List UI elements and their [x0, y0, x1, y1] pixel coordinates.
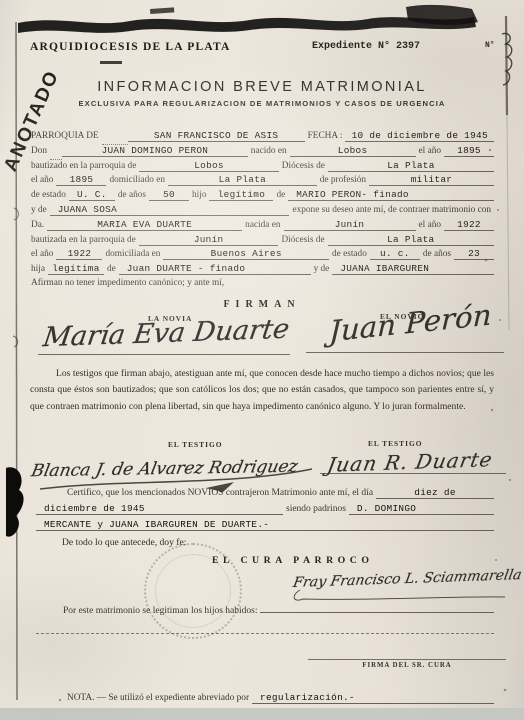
form-row-groom-name: Don JUAN DOMINGO PERON nacido en Lobos e… [28, 145, 494, 160]
bride-status-value: u. c. [370, 248, 420, 260]
certification-line-1: Certifico, que los mencionados NOVIOS co… [36, 487, 494, 499]
number-label: N° [485, 41, 495, 50]
blank-dashed-line [36, 633, 494, 634]
legitimize-blank [260, 612, 494, 613]
form-row-bride-domicile: el año 1922 domiciliada en Buenos Aires … [28, 248, 494, 263]
bride-domicile-value: Buenos Aires [163, 248, 329, 260]
form-row-affirmation: Afirman no tener impedimento canónico; y… [28, 278, 494, 293]
cura-parroco-heading: EL CURA PARROCO [212, 555, 373, 566]
bride-mother-value: JUANA IBARGUREN [332, 263, 494, 275]
padrinos-label: siendo padrinos [283, 504, 349, 514]
doy-fe-text: De todo lo que antecede, doy fe: [62, 537, 186, 548]
witness-right-line [320, 473, 506, 474]
firma-cura-block: FIRMA DEL SR. CURA [308, 651, 506, 669]
form-row-bride-name: Da. MARIA EVA DUARTE nacida en Junín el … [28, 219, 494, 234]
form-row-groom-baptism: bautizado en la parroquia de Lobos Dióce… [28, 160, 494, 175]
certification-line-2: diciembre de 1945 siendo padrinos D. DOM… [36, 503, 494, 515]
document-subtitle: EXCLUSIVA PARA REGULARIZACION DE MATRIMO… [0, 99, 524, 108]
groom-signature-line [306, 352, 504, 353]
form-row-groom-mother: y de JUANA SOSA expone su deseo ante mí,… [28, 204, 494, 219]
wedding-day-value: diez de [376, 487, 494, 499]
certification-line-3: MERCANTE y JUANA IBARGUREN DE DUARTE.- [36, 519, 494, 531]
parroquia-label: PARROQUIA DE [28, 131, 102, 141]
blank-dots [102, 130, 128, 145]
bride-baptism-year-value: 1922 [56, 248, 102, 260]
groom-legitimacy-value: legítimo [209, 189, 273, 201]
groom-profession-value: militar [369, 174, 494, 186]
scanned-marriage-document: ANOTADO ARQUIDIOCESIS DE LA PLATA Expedi… [0, 0, 524, 720]
expone-deseo-label: expone su deseo ante mí, de contraer mat… [289, 205, 494, 215]
affirmation-text: Afirman no tener impedimento canónico; y… [28, 278, 227, 288]
groom-name-value: JUAN DOMINGO PERON [62, 145, 248, 157]
groom-birthplace-value: Lobos [290, 145, 416, 157]
padrino-value: D. DOMINGO [349, 503, 494, 515]
groom-father-value: MARIO PERON- finado [288, 189, 494, 201]
bride-signature-line [38, 354, 290, 355]
witness-label-left: EL TESTIGO [168, 440, 222, 449]
bride-birthyear-value: 1922 [444, 219, 494, 231]
witness-paragraph: Los testigos que firman abajo, atestigua… [30, 366, 494, 415]
fecha-label: FECHA : [305, 131, 346, 141]
form-row-parroquia: PARROQUIA DE SAN FRANCISCO DE ASIS FECHA… [28, 130, 494, 145]
firma-cura-line [308, 651, 506, 660]
document-title: INFORMACION BREVE MATRIMONIAL [0, 79, 524, 95]
bride-birthplace-value: Junín [284, 219, 416, 231]
form-row-groom-domicile: el año 1895 domiciliado en La Plata de p… [28, 174, 494, 189]
certifico-text: Certifico, que los mencionados NOVIOS co… [64, 488, 376, 498]
priest-underline-flourish [294, 590, 505, 600]
top-right-blob [406, 5, 478, 25]
expediente-number: Expediente N° 2397 [312, 41, 420, 52]
groom-diocese-value: La Plata [328, 160, 494, 172]
groom-birthyear-value: 1895 [444, 145, 494, 157]
left-ink-blob [6, 467, 24, 536]
form-fields: PARROQUIA DE SAN FRANCISCO DE ASIS FECHA… [28, 130, 494, 293]
org-underline-dash [100, 61, 122, 64]
groom-status-value: U. C. [69, 189, 115, 201]
scan-bottom-edge [0, 708, 524, 720]
form-row-bride-parents: hija legítima de Juan DUARTE - finado y … [28, 263, 494, 278]
legitimize-text: Por este matrimonio se legitiman los hij… [60, 606, 260, 616]
groom-baptism-parish-value: Lobos [139, 160, 278, 172]
legitimize-line: Por este matrimonio se legitiman los hij… [36, 606, 494, 616]
parish-round-stamp [144, 543, 242, 639]
bride-name-value: MARIA EVA DUARTE [47, 219, 242, 231]
form-row-bride-baptism: bautizada en la parroquia de Junín Dióce… [28, 234, 494, 249]
groom-baptism-year-value: 1895 [56, 174, 106, 186]
bride-baptism-parish-value: Junín [139, 234, 279, 246]
firma-cura-label: FIRMA DEL SR. CURA [308, 662, 506, 669]
nota-line: NOTA. — Se utilizó el expediente abrevia… [36, 692, 494, 704]
bride-diocese-value: La Plata [328, 234, 494, 246]
left-frame-line [16, 22, 17, 700]
fecha-value: 10 de diciembre de 1945 [345, 130, 494, 142]
organization-name: ARQUIDIOCESIS DE LA PLATA [30, 41, 231, 53]
groom-domicile-value: La Plata [168, 174, 317, 186]
groom-mother-value: JUANA SOSA [50, 204, 290, 216]
witness-label-right: EL TESTIGO [368, 439, 422, 448]
wedding-month-value: diciembre de 1945 [36, 503, 283, 515]
parroquia-value: SAN FRANCISCO DE ASIS [128, 130, 305, 142]
form-row-groom-status: de estado U. C. de años 50 hijo legítimo… [28, 189, 494, 204]
nota-text: NOTA. — Se utilizó el expediente abrevia… [64, 693, 252, 703]
padrinos-names-value: MERCANTE y JUANA IBARGUREN DE DUARTE.- [36, 519, 494, 531]
groom-age-value: 50 [149, 189, 189, 201]
nota-value: regularización.- [252, 692, 494, 704]
bride-legitimacy-value: legítima [48, 263, 104, 275]
top-jagged-border [18, 17, 476, 33]
bride-age-value: 23 [454, 248, 494, 260]
bride-father-value: Juan DUARTE - finado [119, 263, 311, 275]
